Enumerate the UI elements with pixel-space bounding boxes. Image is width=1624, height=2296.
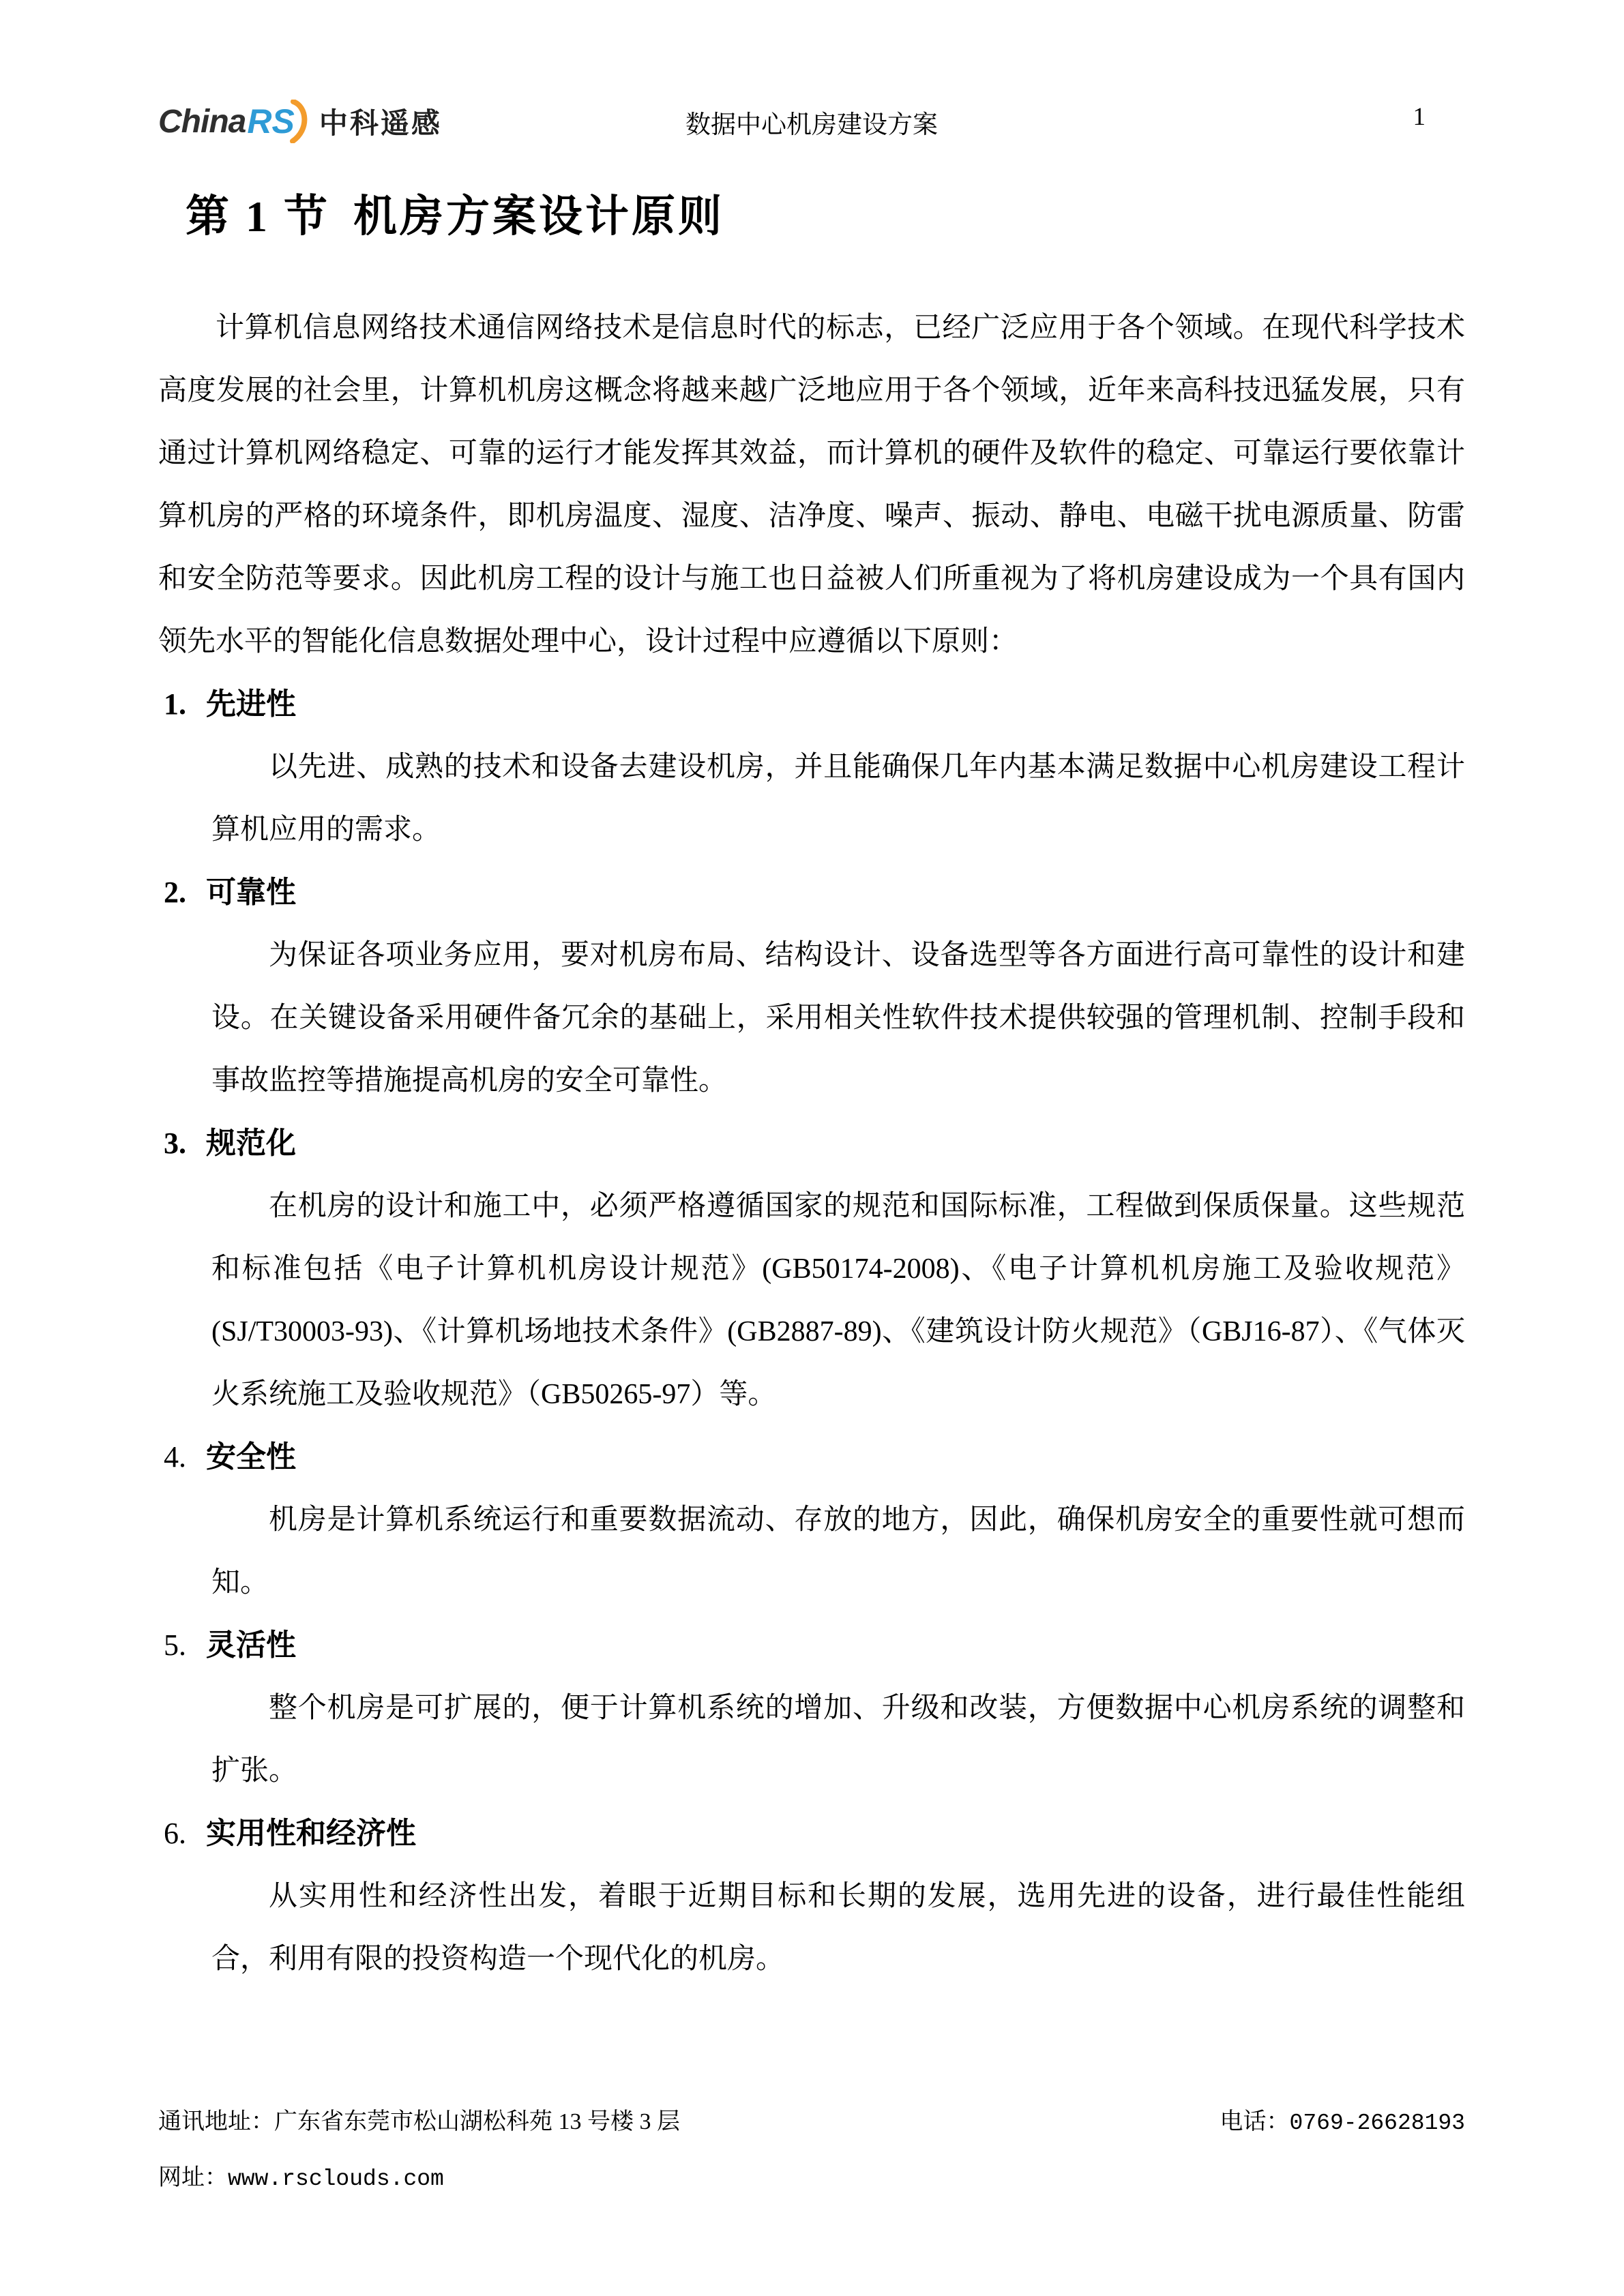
footer-row-1: 通讯地址：广东省东莞市松山湖松科苑 13 号楼 3 层 电话：0769-2662… <box>158 2095 1465 2151</box>
page-footer: 通讯地址：广东省东莞市松山湖松科苑 13 号楼 3 层 电话：0769-2662… <box>158 2095 1465 2207</box>
footer-address-value: 广东省东莞市松山湖松科苑 13 号楼 3 层 <box>274 2109 680 2134</box>
list-item-1-number: 1. <box>164 673 201 736</box>
footer-address-label: 通讯地址： <box>158 2109 274 2134</box>
list-item-4-label: 安全性 <box>206 1440 296 1474</box>
list-item-6-number: 6. <box>164 1802 201 1865</box>
list-item-6: 6.实用性和经济性 从实用性和经济性出发，着眼于近期目标和长期的发展，选用先进的… <box>158 1802 1465 1991</box>
list-item-3-body: 在机房的设计和施工中，必须严格遵循国家的规范和国际标准，工程做到保质保量。这些规… <box>211 1175 1465 1426</box>
list-item-4-body: 机房是计算机系统运行和重要数据流动、存放的地方，因此，确保机房安全的重要性就可想… <box>211 1489 1465 1614</box>
document-page: China RS 中科遥感 数据中心机房建设方案 1 第 1 节机房方案设计原则… <box>0 0 1624 2296</box>
section-title: 第 1 节机房方案设计原则 <box>186 190 1465 244</box>
running-header-title: 数据中心机房建设方案 <box>158 104 1465 140</box>
list-item-1: 1.先进性 以先进、成熟的技术和设备去建设机房，并且能确保几年内基本满足数据中心… <box>158 673 1465 861</box>
section-name: 机房方案设计原则 <box>353 192 724 241</box>
list-item-2-heading: 2.可靠性 <box>158 861 1465 924</box>
list-item-2: 2.可靠性 为保证各项业务应用，要对机房布局、结构设计、设备选型等各方面进行高可… <box>158 861 1465 1112</box>
list-item-1-label: 先进性 <box>206 687 296 721</box>
page-number: 1 <box>1413 102 1426 132</box>
list-item-1-heading: 1.先进性 <box>158 673 1465 736</box>
list-item-5-heading: 5.灵活性 <box>158 1614 1465 1677</box>
list-item-1-body: 以先进、成熟的技术和设备去建设机房，并且能确保几年内基本满足数据中心机房建设工程… <box>211 736 1465 861</box>
list-item-6-body: 从实用性和经济性出发，着眼于近期目标和长期的发展，选用先进的设备，进行最佳性能组… <box>211 1865 1465 1991</box>
list-item-3-number: 3. <box>164 1112 201 1175</box>
footer-phone-label: 电话： <box>1220 2109 1290 2134</box>
list-item-3-heading: 3.规范化 <box>158 1112 1465 1175</box>
list-item-5-body: 整个机房是可扩展的，便于计算机系统的增加、升级和改装，方便数据中心机房系统的调整… <box>211 1677 1465 1802</box>
footer-phone: 电话：0769-26628193 <box>1220 2095 1465 2151</box>
footer-website-label: 网址： <box>158 2165 228 2190</box>
list-item-2-label: 可靠性 <box>206 876 296 909</box>
document-body: 第 1 节机房方案设计原则 计算机信息网络技术通信网络技术是信息时代的标志，已经… <box>158 190 1465 1991</box>
intro-paragraph: 计算机信息网络技术通信网络技术是信息时代的标志，已经广泛应用于各个领域。在现代科… <box>158 297 1465 673</box>
list-item-4-heading: 4.安全性 <box>158 1426 1465 1489</box>
list-item-2-body: 为保证各项业务应用，要对机房布局、结构设计、设备选型等各方面进行高可靠性的设计和… <box>211 924 1465 1112</box>
list-item-5-label: 灵活性 <box>206 1628 296 1662</box>
section-number: 第 1 节 <box>186 192 330 241</box>
list-item-4: 4.安全性 机房是计算机系统运行和重要数据流动、存放的地方，因此，确保机房安全的… <box>158 1426 1465 1614</box>
page-header: China RS 中科遥感 数据中心机房建设方案 1 <box>158 100 1465 140</box>
list-item-5: 5.灵活性 整个机房是可扩展的，便于计算机系统的增加、升级和改装，方便数据中心机… <box>158 1614 1465 1802</box>
list-item-4-number: 4. <box>164 1426 201 1489</box>
footer-row-2: 网址：www.rsclouds.com <box>158 2151 1465 2207</box>
list-item-3-label: 规范化 <box>206 1127 296 1160</box>
footer-website-value: www.rsclouds.com <box>228 2166 444 2192</box>
list-item-2-number: 2. <box>164 861 201 924</box>
footer-phone-value: 0769-26628193 <box>1290 2111 1465 2136</box>
footer-address: 通讯地址：广东省东莞市松山湖松科苑 13 号楼 3 层 <box>158 2095 680 2151</box>
list-item-6-label: 实用性和经济性 <box>206 1817 416 1850</box>
list-item-3: 3.规范化 在机房的设计和施工中，必须严格遵循国家的规范和国际标准，工程做到保质… <box>158 1112 1465 1426</box>
list-item-5-number: 5. <box>164 1614 201 1677</box>
list-item-6-heading: 6.实用性和经济性 <box>158 1802 1465 1865</box>
